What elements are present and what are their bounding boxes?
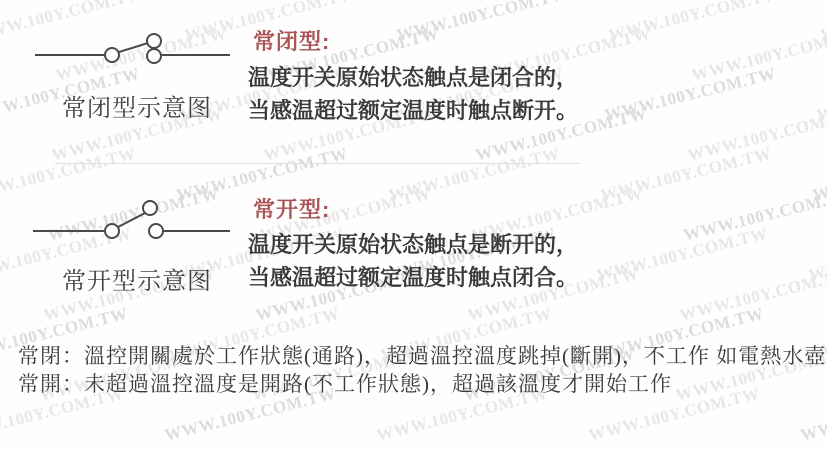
normally-open-switch-diagram — [30, 195, 240, 250]
watermark-text: WWW.100Y.COM.TW — [599, 144, 774, 206]
no-section-heading: 常开型: — [253, 193, 330, 224]
watermark-text: WWW.100Y.COM.TW — [603, 64, 778, 126]
nc-section-heading: 常闭型: — [253, 25, 330, 56]
no-section-body: 温度开关原始状态触点是断开的， 当感温超过额定温度时触点闭合。 — [248, 228, 578, 294]
footnotes: 常閉：溫控開關處於工作狀態(通路)，超過溫控溫度跳掉(斷開)，不工作 如電熱水壺… — [18, 342, 826, 398]
watermark-text: WWW.100Y.COM.TW — [807, 224, 827, 286]
page: WWW.100Y.COM.TWWWW.100Y.COM.TWWWW.100Y.C… — [0, 0, 827, 449]
watermark-text: WWW.100Y.COM.TW — [0, 0, 63, 6]
watermark-text: WWW.100Y.COM.TW — [686, 104, 827, 166]
watermark-text: WWW.100Y.COM.TW — [524, 0, 699, 6]
watermark-text: WWW.100Y.COM.TW — [100, 0, 275, 6]
watermark-text: WWW.100Y.COM.TW — [395, 0, 570, 46]
footnote-line-1: 常閉：溫控開關處於工作狀態(通路)，超過溫控溫度跳掉(斷開)，不工作 如電熱水壺 — [18, 342, 826, 370]
normally-closed-switch-diagram — [30, 20, 240, 90]
watermark-text: WWW.100Y.COM.TW — [607, 0, 782, 46]
watermark-text: WWW.100Y.COM.TW — [312, 0, 487, 6]
watermark-text: WWW.100Y.COM.TW — [387, 144, 562, 206]
nc-body-line-2: 当感温超过额定温度时触点断开。 — [248, 94, 578, 127]
no-body-line-1: 温度开关原始状态触点是断开的， — [248, 228, 578, 261]
nc-section-body: 温度开关原始状态触点是闭合的， 当感温超过额定温度时触点断开。 — [248, 61, 578, 127]
no-body-line-2: 当感温超过额定温度时触点闭合。 — [248, 261, 578, 294]
footnote-line-2: 常開：未超過溫控溫度是開路(不工作狀態)，超過該溫度才開始工作 — [18, 370, 826, 398]
nc-diagram-caption: 常闭型示意图 — [62, 88, 232, 123]
watermark-text: WWW.100Y.COM.TW — [682, 184, 827, 246]
nc-body-line-1: 温度开关原始状态触点是闭合的， — [248, 61, 578, 94]
watermark-text: WWW.100Y.COM.TW — [815, 64, 827, 126]
watermark-text: WWW.100Y.COM.TW — [736, 0, 827, 6]
watermark-text: WWW.100Y.COM.TW — [811, 144, 827, 206]
watermark-text: WWW.100Y.COM.TW — [819, 0, 827, 46]
separator-line — [55, 163, 580, 164]
watermark-text: WWW.100Y.COM.TW — [678, 264, 827, 326]
watermark-text: WWW.100Y.COM.TW — [690, 24, 827, 86]
watermark-text: WWW.100Y.COM.TW — [595, 224, 770, 286]
no-diagram-caption: 常开型示意图 — [62, 261, 232, 296]
